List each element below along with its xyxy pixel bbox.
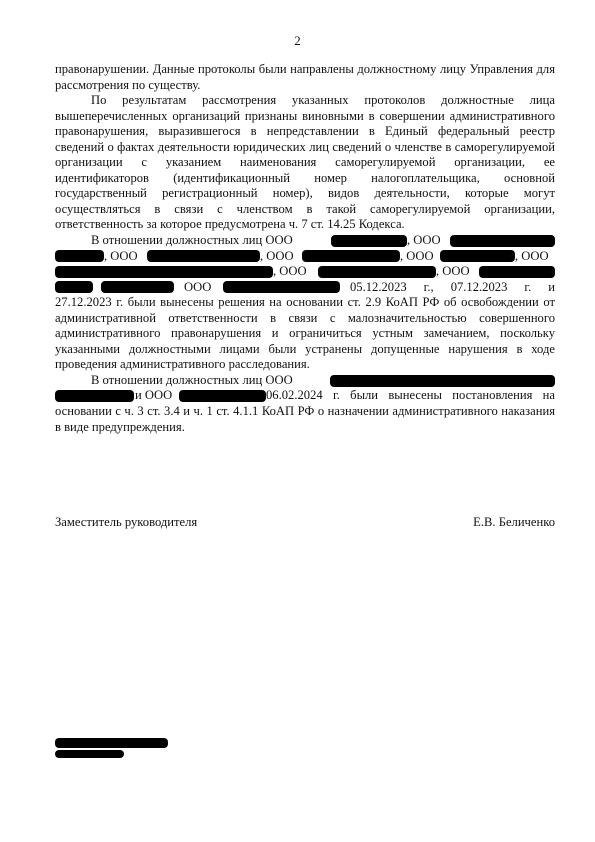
redaction-box — [330, 375, 555, 387]
decision-dates: 05.12.2023 г., 07.12.2023 г. и — [350, 280, 555, 296]
footer-redaction-box — [55, 738, 168, 748]
redacted-line-1: В отношении должностных лиц ООО , ООО — [55, 233, 555, 249]
org-label: и ООО — [135, 388, 172, 404]
redaction-box — [302, 250, 400, 262]
redacted-line-5: В отношении должностных лиц ООО — [55, 373, 555, 389]
date-text: г. — [524, 280, 531, 296]
date-text: 07.12.2023 — [451, 280, 508, 296]
date-text: г., — [424, 280, 434, 296]
redaction-box — [55, 250, 104, 262]
org-label: , ООО — [436, 264, 470, 280]
redaction-box — [55, 281, 93, 293]
penalties-text: основании с ч. 3 ст. 3.4 и ч. 1 ст. 4.1.… — [55, 404, 555, 435]
org-label: , ООО — [273, 264, 307, 280]
redaction-box — [450, 235, 555, 247]
redaction-box — [440, 250, 515, 262]
org-label: , ООО — [515, 249, 549, 265]
org-label: , ООО — [407, 233, 441, 249]
signature-block: Заместитель руководителя Е.В. Беличенко — [55, 515, 555, 530]
redacted-line-6: и ООО 06.02.2024 г. были вынесены постан… — [55, 388, 555, 404]
org-label: ООО — [184, 280, 211, 296]
paragraph-protocols: правонарушении. Данные протоколы были на… — [55, 62, 555, 93]
org-label: , ООО — [104, 249, 138, 265]
redacted-line-2: , ООО , ООО , ООО , ООО — [55, 249, 555, 265]
redaction-box — [101, 281, 174, 293]
paragraph-penalties: В отношении должностных лиц ООО и ООО 06… — [55, 373, 555, 435]
footer-redaction-box — [55, 750, 124, 758]
paragraph-decisions: В отношении должностных лиц ООО , ООО , … — [55, 233, 555, 373]
decisions-text: 27.12.2023 г. были вынесены решения на о… — [55, 295, 555, 373]
org-label: , ООО — [400, 249, 434, 265]
redacted-line-4: ООО 05.12.2023 г., 07.12.2023 г. и — [55, 280, 555, 296]
redaction-box — [318, 266, 436, 278]
redaction-box — [147, 250, 260, 262]
org-label: , ООО — [260, 249, 294, 265]
redaction-box — [331, 235, 407, 247]
redaction-box — [55, 390, 134, 402]
signer-name: Е.В. Беличенко — [473, 515, 555, 530]
intro-text: В отношении должностных лиц ООО — [91, 373, 293, 389]
document-body: правонарушении. Данные протоколы были на… — [55, 62, 555, 435]
signer-position: Заместитель руководителя — [55, 515, 197, 530]
date-text: и — [548, 280, 555, 296]
redaction-box — [479, 266, 555, 278]
redacted-line-3: , ООО , ООО — [55, 264, 555, 280]
redaction-box — [223, 281, 340, 293]
redaction-box — [55, 266, 273, 278]
date-text: 05.12.2023 — [350, 280, 407, 296]
page-number: 2 — [0, 34, 595, 49]
redaction-box — [179, 390, 266, 402]
intro-text: В отношении должностных лиц ООО — [91, 233, 293, 249]
paragraph-results: По результатам рассмотрения указанных пр… — [55, 93, 555, 233]
date-text: 06.02.2024 г. были вынесены постановлени… — [266, 388, 555, 404]
